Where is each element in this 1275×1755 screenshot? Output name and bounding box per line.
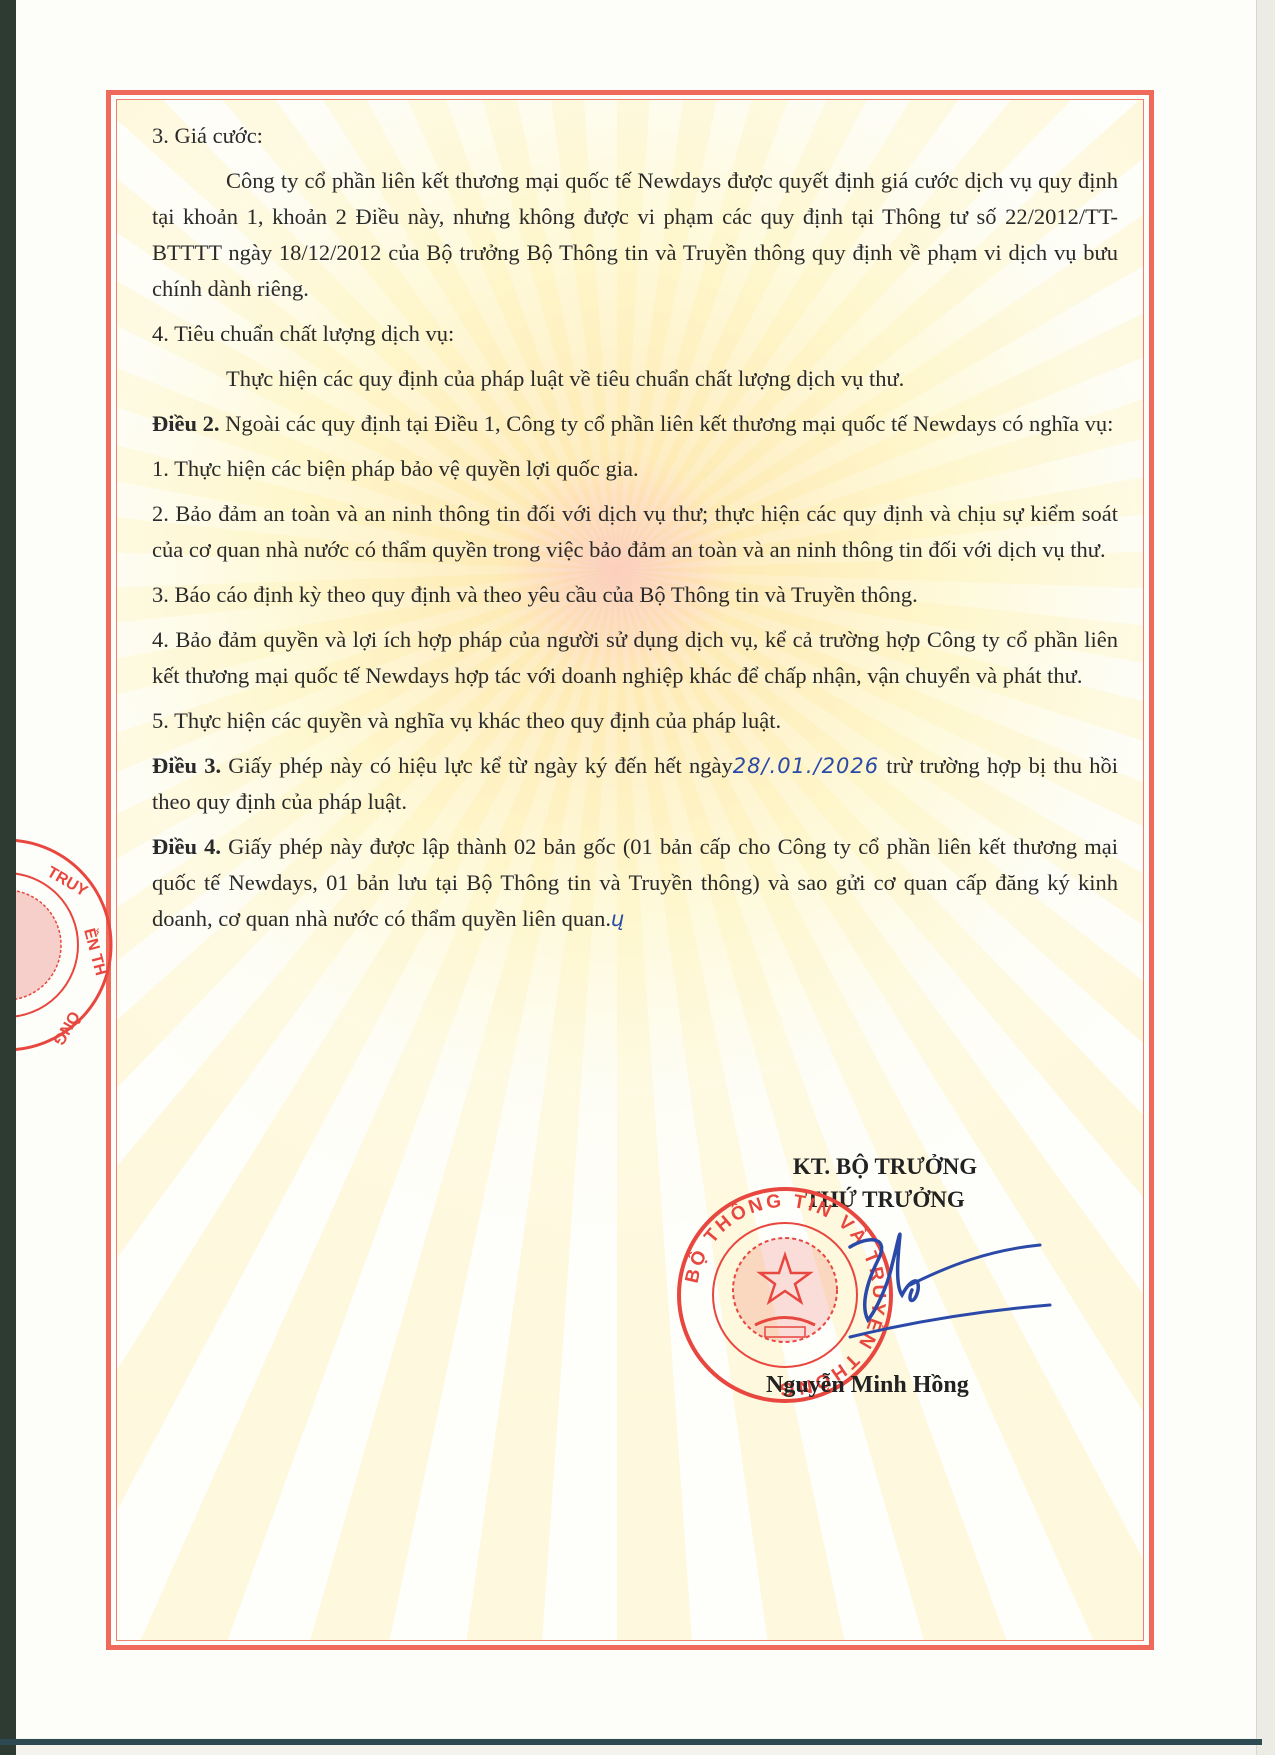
- article-2-text: Ngoài các quy định tại Điều 1, Công ty c…: [220, 411, 1114, 436]
- scan-left-edge: [0, 0, 16, 1755]
- scan-right-edge: [1256, 0, 1275, 1755]
- article-2-item-5: 5. Thực hiện các quyền và nghĩa vụ khác …: [152, 703, 1118, 739]
- signature-title-1: KT. BỘ TRƯỞNG: [740, 1150, 1030, 1183]
- article-3-label: Điều 3.: [152, 753, 221, 778]
- partial-stamp: TRUY ỀN TH ÔNG: [16, 820, 116, 1070]
- initial-mark: ų: [611, 907, 625, 931]
- section-3-heading: 3. Giá cước:: [152, 118, 1118, 154]
- article-4-label: Điều 4.: [152, 834, 221, 859]
- article-2-item-4: 4. Bảo đảm quyền và lợi ích hợp pháp của…: [152, 622, 1118, 694]
- article-2-label: Điều 2.: [152, 411, 220, 436]
- article-2: Điều 2. Ngoài các quy định tại Điều 1, C…: [152, 406, 1118, 442]
- handwritten-signature: [840, 1225, 1060, 1350]
- svg-text:TRUY: TRUY: [44, 864, 91, 901]
- stamp-seal-icon: TRUY ỀN TH ÔNG: [16, 820, 116, 1070]
- svg-text:ÔNG: ÔNG: [49, 1008, 84, 1049]
- handwritten-expiry-date: 28/.01./2026: [733, 754, 879, 778]
- signature-icon: [840, 1225, 1060, 1345]
- signer-name: Nguyễn Minh Hồng: [766, 1372, 969, 1399]
- svg-text:ỀN TH: ỀN TH: [80, 926, 111, 977]
- article-2-item-3: 3. Báo cáo định kỳ theo quy định và theo…: [152, 577, 1118, 613]
- section-3-body: Công ty cổ phần liên kết thương mại quốc…: [152, 163, 1118, 307]
- section-4-body: Thực hiện các quy định của pháp luật về …: [152, 361, 1118, 397]
- article-4-text: Giấy phép này được lập thành 02 bản gốc …: [152, 834, 1118, 931]
- document-body: 3. Giá cước: Công ty cổ phần liên kết th…: [152, 118, 1118, 946]
- article-4: Điều 4. Giấy phép này được lập thành 02 …: [152, 829, 1118, 937]
- article-2-item-2: 2. Bảo đảm an toàn và an ninh thông tin …: [152, 496, 1118, 568]
- section-4-heading: 4. Tiêu chuẩn chất lượng dịch vụ:: [152, 316, 1118, 352]
- scan-bottom-edge: [0, 1739, 1262, 1745]
- article-3-text-before: Giấy phép này có hiệu lực kể từ ngày ký …: [221, 753, 733, 778]
- article-2-item-1: 1. Thực hiện các biện pháp bảo vệ quyền …: [152, 451, 1118, 487]
- article-3: Điều 3. Giấy phép này có hiệu lực kể từ …: [152, 748, 1118, 820]
